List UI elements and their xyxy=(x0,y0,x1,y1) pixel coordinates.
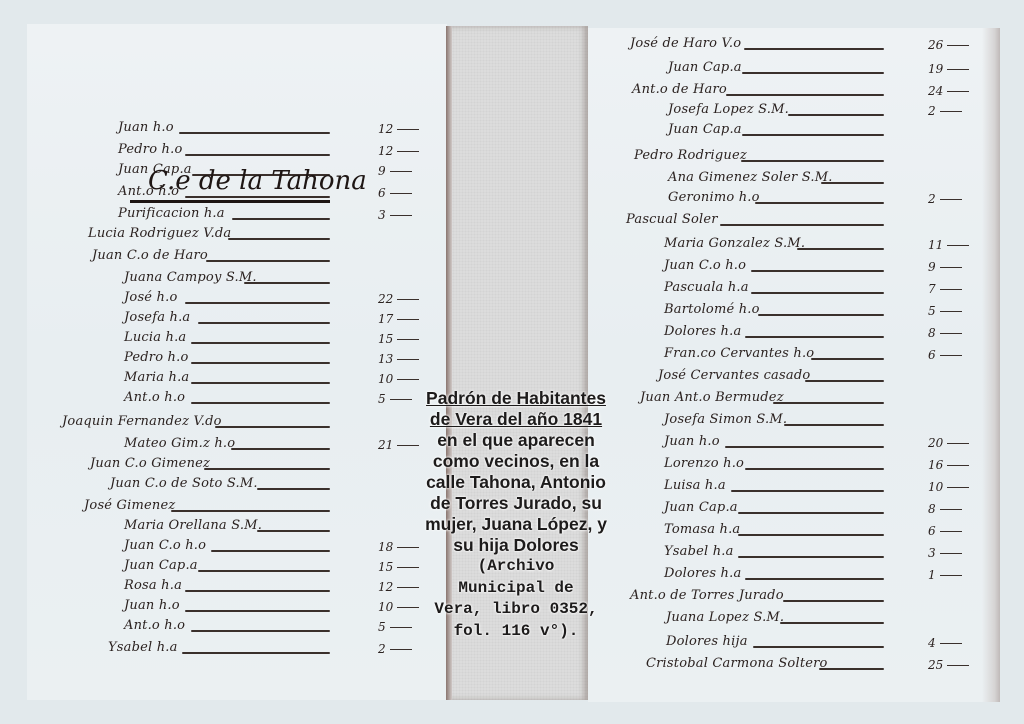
right-entry-age: 16 xyxy=(928,458,969,472)
caption-body-4: de Torres Jurado, su xyxy=(396,493,636,514)
left-entry-rule xyxy=(191,382,330,384)
right-entry-age: 6 xyxy=(928,524,962,538)
right-entry-rule xyxy=(811,358,884,360)
right-entry-age: 19 xyxy=(928,62,969,76)
right-entry-name: Luisa h.a xyxy=(664,478,726,493)
right-entry-age: 8 xyxy=(928,326,962,340)
right-entry-rule xyxy=(725,446,884,448)
left-entry-name: Josefa h.a xyxy=(124,310,190,325)
right-entry-name: Josefa Simon S.M. xyxy=(664,412,787,427)
right-entry-rule xyxy=(788,114,884,116)
right-entry-rule xyxy=(751,270,884,272)
right-entry-name: Lorenzo h.o xyxy=(664,456,744,471)
caption-body-2: como vecinos, en la xyxy=(396,451,636,472)
left-entry-name: Juan C.o Gimenez xyxy=(90,456,210,471)
right-entry-rule xyxy=(773,402,884,404)
caption-source-4: fol. 116 v°). xyxy=(396,621,636,643)
right-entry-age: 6 xyxy=(928,348,962,362)
left-entry-rule xyxy=(211,550,330,552)
right-entry-rule xyxy=(742,134,884,136)
right-entry-rule xyxy=(758,314,884,316)
left-entry-rule xyxy=(185,610,330,612)
left-entry-rule xyxy=(257,530,330,532)
caption-body-3: calle Tahona, Antonio xyxy=(396,472,636,493)
right-entry-rule xyxy=(720,224,884,226)
right-entry-rule xyxy=(738,534,884,536)
right-entry-rule xyxy=(819,668,884,670)
right-entry-name: Ant.o de Haro xyxy=(632,82,727,97)
left-entry-age: 9 xyxy=(378,164,412,178)
right-entry-name: Cristobal Carmona Soltero xyxy=(646,656,828,671)
left-entry-name: Rosa h.a xyxy=(124,578,182,593)
caption-title-line-2: de Vera del año 1841 xyxy=(396,409,636,430)
left-entry-rule xyxy=(185,154,330,156)
left-entry-name: Ysabel h.a xyxy=(108,640,178,655)
right-entry-age: 7 xyxy=(928,282,962,296)
left-entry-name: Juan Cap.a xyxy=(124,558,198,573)
right-entry-age: 11 xyxy=(928,238,969,252)
right-entry-age: 1 xyxy=(928,568,962,582)
left-entry-rule xyxy=(228,238,330,240)
left-entry-rule xyxy=(204,468,330,470)
left-entry-name: Ant.o h.o xyxy=(124,390,185,405)
right-entry-name: Maria Gonzalez S.M. xyxy=(664,236,805,251)
left-entry-name: Juan C.o de Soto S.M. xyxy=(110,476,258,491)
left-entry-name: Pedro h.o xyxy=(124,350,188,365)
right-entry-name: Juan C.o h.o xyxy=(664,258,746,273)
left-entry-rule xyxy=(231,448,330,450)
right-entry-name: Juan Cap.a xyxy=(664,500,738,515)
left-entry-rule xyxy=(206,260,330,262)
left-entry-name: Joaquin Fernandez V.do xyxy=(62,414,222,429)
right-entry-age: 5 xyxy=(928,304,962,318)
right-entry-rule xyxy=(738,512,884,514)
right-entry-name: José de Haro V.o xyxy=(630,36,741,51)
right-entry-name: Ysabel h.a xyxy=(664,544,734,559)
caption-source-1: (Archivo xyxy=(396,556,636,578)
right-entry-age: 25 xyxy=(928,658,969,672)
street-heading: C.e de la Tahona xyxy=(148,166,367,196)
right-entry-age: 8 xyxy=(928,502,962,516)
right-entry-name: José Cervantes casado xyxy=(658,368,810,383)
right-entry-name: Pedro Rodriguez xyxy=(634,148,747,163)
caption-title-line-1: Padrón de Habitantes xyxy=(396,388,636,409)
caption-body-1: en el que aparecen xyxy=(396,430,636,451)
left-entry-age: 13 xyxy=(378,352,419,366)
right-entry-rule xyxy=(745,336,884,338)
left-entry-rule xyxy=(185,196,330,198)
left-entry-name: Juan C.o de Haro xyxy=(92,248,208,263)
left-entry-name: Ant.o h.o xyxy=(124,618,185,633)
right-entry-rule xyxy=(755,202,884,204)
left-entry-age: 2 xyxy=(378,642,412,656)
left-entry-rule xyxy=(191,342,330,344)
right-entry-name: Juan Cap.a xyxy=(668,122,742,137)
right-entry-name: Josefa Lopez S.M. xyxy=(668,102,789,117)
left-entry-name: Maria Orellana S.M. xyxy=(124,518,262,533)
right-entry-name: Fran.co Cervantes h.o xyxy=(664,346,814,361)
left-entry-name: José h.o xyxy=(124,290,177,305)
left-entry-rule xyxy=(198,570,330,572)
right-entry-rule xyxy=(742,72,884,74)
right-entry-name: Dolores h.a xyxy=(664,566,741,581)
right-entry-age: 2 xyxy=(928,192,962,206)
left-entry-rule xyxy=(182,652,330,654)
right-entry-name: Pascual Soler xyxy=(626,212,718,227)
right-entry-name: Juana Lopez S.M. xyxy=(666,610,784,625)
left-entry-age: 17 xyxy=(378,312,419,326)
left-entry-name: Lucia Rodriguez V.da xyxy=(88,226,231,241)
right-entry-name: Tomasa h.a xyxy=(664,522,740,537)
caption-body-6: su hija Dolores xyxy=(396,535,636,556)
left-entry-rule xyxy=(191,362,330,364)
right-entry-age: 3 xyxy=(928,546,962,560)
right-entry-age: 20 xyxy=(928,436,969,450)
left-entry-rule xyxy=(191,402,330,404)
left-entry-name: José Gimenez xyxy=(84,498,175,513)
right-entry-rule xyxy=(745,578,884,580)
left-entry-name: Juana Campoy S.M. xyxy=(124,270,257,285)
left-entry-name: Juan C.o h.o xyxy=(124,538,206,553)
right-entry-age: 9 xyxy=(928,260,962,274)
right-entry-rule xyxy=(783,600,884,602)
caption-source-2: Municipal de xyxy=(396,578,636,600)
left-entry-rule xyxy=(232,218,330,220)
right-entry-rule xyxy=(744,48,884,50)
right-entry-name: Juan Cap.a xyxy=(668,60,742,75)
right-entry-age: 4 xyxy=(928,636,962,650)
left-entry-name: Juan h.o xyxy=(118,120,174,135)
right-entry-age: 26 xyxy=(928,38,969,52)
left-entry-rule xyxy=(198,322,330,324)
right-entry-name: Juan Ant.o Bermudez xyxy=(640,390,784,405)
left-entry-age: 6 xyxy=(378,186,412,200)
left-entry-rule xyxy=(171,510,330,512)
left-entry-name: Mateo Gim.z h.o xyxy=(124,436,235,451)
left-entry-age: 22 xyxy=(378,292,419,306)
right-entry-rule xyxy=(751,292,884,294)
left-entry-age: 10 xyxy=(378,372,419,386)
right-entry-name: Ana Gimenez Soler S.M. xyxy=(668,170,833,185)
right-entry-name: Bartolomé h.o xyxy=(664,302,760,317)
caption-body-5: mujer, Juana López, y xyxy=(396,514,636,535)
right-entry-rule xyxy=(821,182,884,184)
right-entry-age: 10 xyxy=(928,480,969,494)
caption-overlay: Padrón de Habitantes de Vera del año 184… xyxy=(396,388,636,642)
right-entry-age: 2 xyxy=(928,104,962,118)
right-entry-rule xyxy=(753,646,884,648)
right-entry-rule xyxy=(784,424,884,426)
right-entry-name: Geronimo h.o xyxy=(668,190,760,205)
right-entry-name: Ant.o de Torres Jurado xyxy=(630,588,784,603)
left-entry-rule xyxy=(191,630,330,632)
caption-source-3: Vera, libro 0352, xyxy=(396,599,636,621)
right-entry-name: Pascuala h.a xyxy=(664,280,749,295)
right-entry-rule xyxy=(745,468,884,470)
street-heading-underline xyxy=(130,200,330,203)
right-entry-rule xyxy=(805,380,884,382)
right-entry-name: Dolores hija xyxy=(666,634,748,649)
left-entry-name: Juan h.o xyxy=(124,598,180,613)
left-entry-name: Lucia h.a xyxy=(124,330,186,345)
left-entry-rule xyxy=(257,488,330,490)
left-entry-age: 3 xyxy=(378,208,412,222)
right-entry-rule xyxy=(797,248,884,250)
right-entry-rule xyxy=(738,556,884,558)
right-entry-rule xyxy=(741,160,884,162)
right-entry-name: Juan h.o xyxy=(664,434,720,449)
right-entry-age: 24 xyxy=(928,84,969,98)
right-entry-rule xyxy=(780,622,884,624)
left-entry-name: Pedro h.o xyxy=(118,142,182,157)
left-entry-name: Purificacion h.a xyxy=(118,206,225,221)
right-entry-rule xyxy=(726,94,884,96)
left-entry-rule xyxy=(244,282,330,284)
left-entry-rule xyxy=(185,590,330,592)
left-entry-rule xyxy=(185,302,330,304)
right-entry-name: Dolores h.a xyxy=(664,324,741,339)
left-entry-name: Maria h.a xyxy=(124,370,189,385)
left-entry-age: 12 xyxy=(378,144,419,158)
left-entry-rule xyxy=(179,132,330,134)
left-entry-age: 12 xyxy=(378,122,419,136)
left-entry-age: 15 xyxy=(378,332,419,346)
right-entry-rule xyxy=(731,490,884,492)
left-entry-rule xyxy=(215,426,330,428)
